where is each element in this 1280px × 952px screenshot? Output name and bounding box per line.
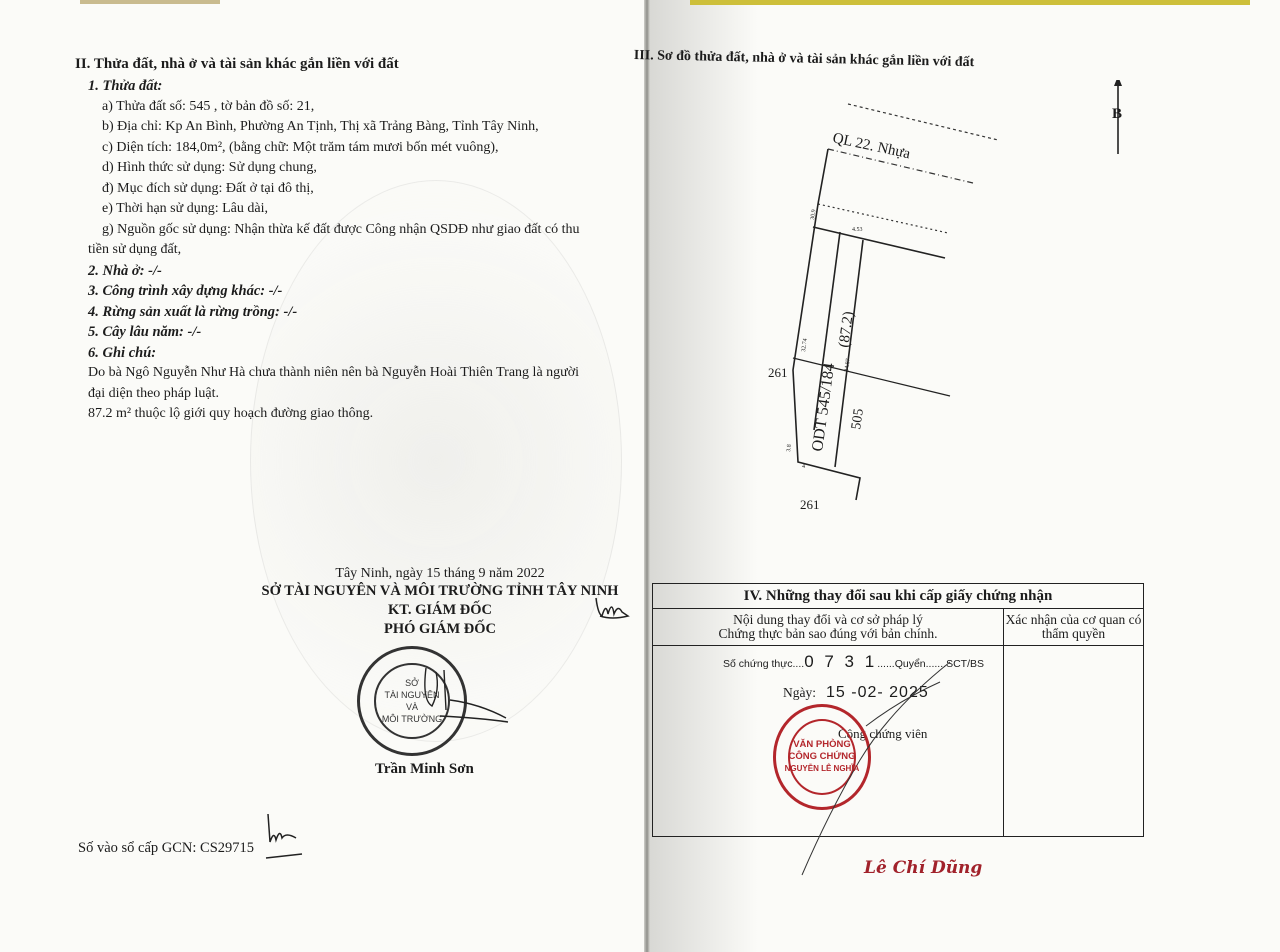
north-label: B xyxy=(1112,106,1122,122)
road-edge xyxy=(848,104,998,140)
page-edge xyxy=(80,0,220,4)
parcel-line: tiền sử dụng đất, xyxy=(88,240,580,261)
item-house: 2. Nhà ở: -/- xyxy=(88,261,580,282)
signature-initials xyxy=(262,812,312,864)
signer-position: KT. GIÁM ĐỐC xyxy=(240,601,640,620)
parcel-line: a) Thửa đất số: 545 , tờ bản đồ số: 21, xyxy=(88,97,580,118)
parcel-label: ODT 545/184 xyxy=(809,362,838,453)
cert-label: Số chứng thực xyxy=(723,658,793,670)
item-perennial-trees: 5. Cây lâu năm: -/- xyxy=(88,322,580,343)
changes-table-title: IV. Những thay đổi sau khi cấp giấy chứn… xyxy=(653,584,1144,609)
seal-text: MÔI TRƯỜNG xyxy=(382,713,442,725)
signer-position: PHÓ GIÁM ĐỐC xyxy=(240,620,640,639)
parcel-line: e) Thời hạn sử dụng: Lâu dài, xyxy=(88,199,580,220)
dimension-label: 4.53 xyxy=(852,227,863,233)
issuer-signature-block: Tây Ninh, ngày 15 tháng 9 năm 2022 SỞ TÀ… xyxy=(240,566,640,639)
signer-name: Trần Minh Sơn xyxy=(375,761,474,778)
setback-area-label: (87.2) xyxy=(836,310,857,348)
note-line: đại diện theo pháp luật. xyxy=(88,384,580,405)
dimension-label: 32.74 xyxy=(801,338,809,352)
place-date: Tây Ninh, ngày 15 tháng 9 năm 2022 xyxy=(240,566,640,582)
parcel-map: QL 22. Nhựa (87.2) ODT 545/184 505 261 2… xyxy=(648,80,1280,580)
certificate-registry-number: Số vào sổ cấp GCN: CS29715 xyxy=(78,840,254,857)
parcel-line: c) Diện tích: 184,0m², (bằng chữ: Một tr… xyxy=(88,138,580,159)
road-setback-line xyxy=(818,204,948,233)
seal-text: TÀI NGUYÊN xyxy=(382,689,442,701)
parcel-line: g) Nguồn gốc sử dụng: Nhận thừa kế đất đ… xyxy=(88,220,580,241)
neighbor-parcel-label: 261 xyxy=(800,497,820,512)
item-other-construction: 3. Công trình xây dựng khác: -/- xyxy=(88,281,580,302)
parcel-heading: 1. Thửa đất: xyxy=(88,76,580,97)
seal-text: VÀ xyxy=(382,701,442,713)
signature-initials xyxy=(592,594,632,624)
neighbor-parcel-label: 505 xyxy=(849,408,867,431)
north-arrow-icon xyxy=(1114,80,1122,86)
issuing-organization: SỞ TÀI NGUYÊN VÀ MÔI TRƯỜNG TỈNH TÂY NIN… xyxy=(240,582,640,601)
note-line: Do bà Ngô Nguyễn Như Hà chưa thành niên … xyxy=(88,363,580,384)
dimension-label: 3.8 xyxy=(786,444,793,452)
authority-confirmation-cell xyxy=(1004,646,1144,837)
seal-text: SỞ xyxy=(382,677,442,689)
parcel-line: d) Hình thức sử dụng: Sử dụng chung, xyxy=(88,158,580,179)
authority-column-header: Xác nhận của cơ quan có thẩm quyền xyxy=(1004,609,1144,646)
dimension-label: 34.87 xyxy=(844,358,852,372)
notary-name: Lê Chí Dũng xyxy=(864,858,982,878)
parcel-boundary xyxy=(813,227,945,258)
parcel-line: b) Địa chỉ: Kp An Bình, Phường An Tịnh, … xyxy=(88,117,580,138)
road-label: QL 22. Nhựa xyxy=(831,130,912,162)
section-2-title: II. Thửa đất, nhà ở và tài sản khác gắn … xyxy=(75,56,399,73)
parcel-line: đ) Mục đích sử dụng: Đất ở tại đô thị, xyxy=(88,179,580,200)
neighbor-parcel-label: 261 xyxy=(768,365,788,380)
copy-certification-text: Chứng thực bản sao đúng với bản chính. xyxy=(653,627,1003,641)
note-line: 87.2 m² thuộc lộ giới quy hoạch đường gi… xyxy=(88,404,580,425)
page-edge xyxy=(690,0,1250,5)
seal-text: CÔNG CHỨNG xyxy=(785,751,860,763)
dimension-label: 4 xyxy=(802,464,805,470)
item-forest: 4. Rừng sản xuất là rừng trồng: -/- xyxy=(88,302,580,323)
col1-header: Nội dung thay đổi và cơ sở pháp lý xyxy=(653,613,1003,627)
changes-column-header: Nội dung thay đổi và cơ sở pháp lý Chứng… xyxy=(653,609,1004,646)
seal-text: VĂN PHÒNG xyxy=(785,739,860,751)
item-notes-heading: 6. Ghi chú: xyxy=(88,343,580,364)
seal-text: NGUYỄN LÊ NGHĨA xyxy=(785,763,860,775)
parcel-boundary xyxy=(835,240,863,467)
parcel-details: 1. Thửa đất: a) Thửa đất số: 545 , tờ bả… xyxy=(88,76,580,425)
